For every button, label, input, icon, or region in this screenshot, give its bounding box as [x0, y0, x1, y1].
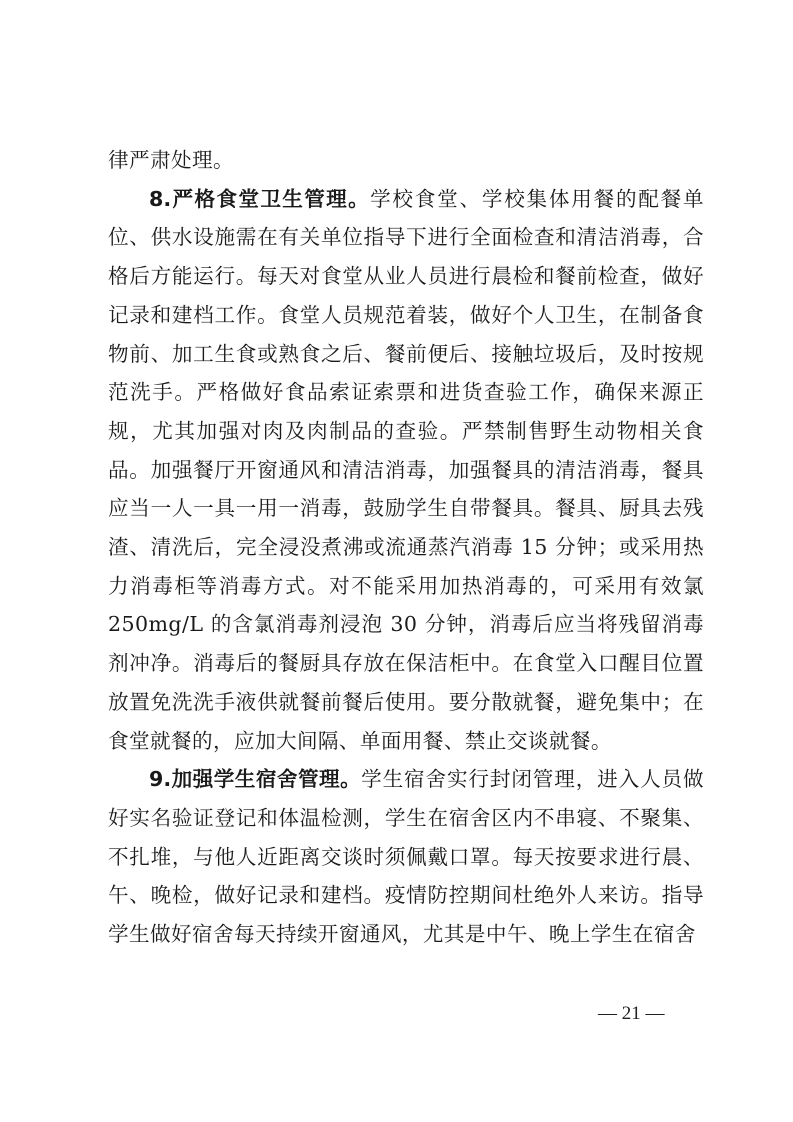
section-heading: 8.严格食堂卫生管理。 [149, 187, 370, 211]
paragraph-text: 学校食堂、学校集体用餐的配餐单位、供水设施需在有关单位指导下进行全面检查和清洁消… [108, 187, 704, 753]
paragraph-text: 学生宿舍实行封闭管理，进入人员做好实名验证登记和体温检测，学生在宿舍区内不串寝、… [108, 767, 704, 946]
paragraph-section-8: 8.严格食堂卫生管理。学校食堂、学校集体用餐的配餐单位、供水设施需在有关单位指导… [108, 180, 704, 761]
section-heading: 9.加强学生宿舍管理。 [149, 767, 361, 791]
document-page: 律严肃处理。 8.严格食堂卫生管理。学校食堂、学校集体用餐的配餐单位、供水设施需… [108, 141, 704, 954]
paragraph-continuation: 律严肃处理。 [108, 141, 704, 180]
paragraph-section-9: 9.加强学生宿舍管理。学生宿舍实行封闭管理，进入人员做好实名验证登记和体温检测，… [108, 760, 704, 954]
paragraph-text: 律严肃处理。 [108, 148, 234, 172]
page-number: — 21 — [598, 1003, 665, 1025]
